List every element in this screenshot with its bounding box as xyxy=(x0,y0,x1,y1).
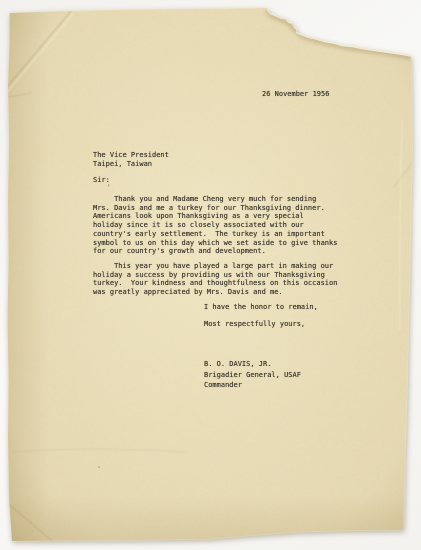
letter-date: 26 November 1956 xyxy=(262,90,329,99)
letter-text-layer: 26 November 1956 The Vice President Taip… xyxy=(0,0,421,550)
closing-line-respectfully: Most respectfully yours, xyxy=(204,320,305,329)
body-paragraph-1: Thank you and Madame Cheng very much for… xyxy=(93,195,337,256)
scanned-letter-page: 26 November 1956 The Vice President Taip… xyxy=(0,0,421,550)
stray-typed-mark: ' xyxy=(107,184,111,193)
closing-line-honor: I have the honor to remain, xyxy=(204,303,318,312)
recipient-address: The Vice President Taipei, Taiwan xyxy=(93,151,169,169)
body-paragraph-2: This year you have played a large part i… xyxy=(93,262,337,297)
signature-block: B. O. DAVIS, JR. Brigadier General, USAF… xyxy=(204,359,301,391)
